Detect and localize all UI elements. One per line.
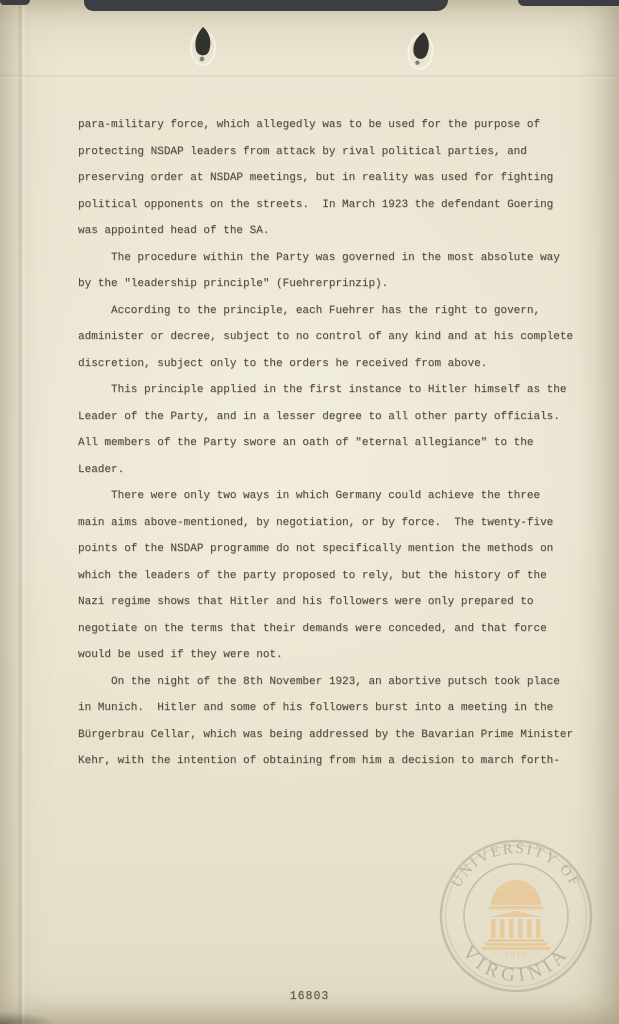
paper-crease-vertical xyxy=(17,0,26,1024)
hole-punch-icon xyxy=(191,27,215,65)
paragraph: This principle applied in the first inst… xyxy=(78,377,598,483)
typewritten-text: para-military force, which allegedly was… xyxy=(78,112,598,775)
paragraph: On the night of the 8th November 1923, a… xyxy=(78,669,598,775)
watermark-year: 1819 xyxy=(504,950,528,960)
paragraph: para-military force, which allegedly was… xyxy=(78,112,598,245)
paragraph: According to the principle, each Fuehrer… xyxy=(78,298,598,378)
page-corner-shadow xyxy=(0,1002,90,1024)
uva-watermark-seal: UNIVERSITY OF VIRGINIA 1819 xyxy=(436,836,596,996)
hole-punches xyxy=(0,0,619,95)
rotunda-icon xyxy=(482,880,550,950)
paragraph: There were only two ways in which German… xyxy=(78,483,598,669)
document-page: para-military force, which allegedly was… xyxy=(0,0,619,1024)
hole-punch-icon xyxy=(407,31,435,70)
paragraph: The procedure within the Party was gover… xyxy=(78,245,598,298)
